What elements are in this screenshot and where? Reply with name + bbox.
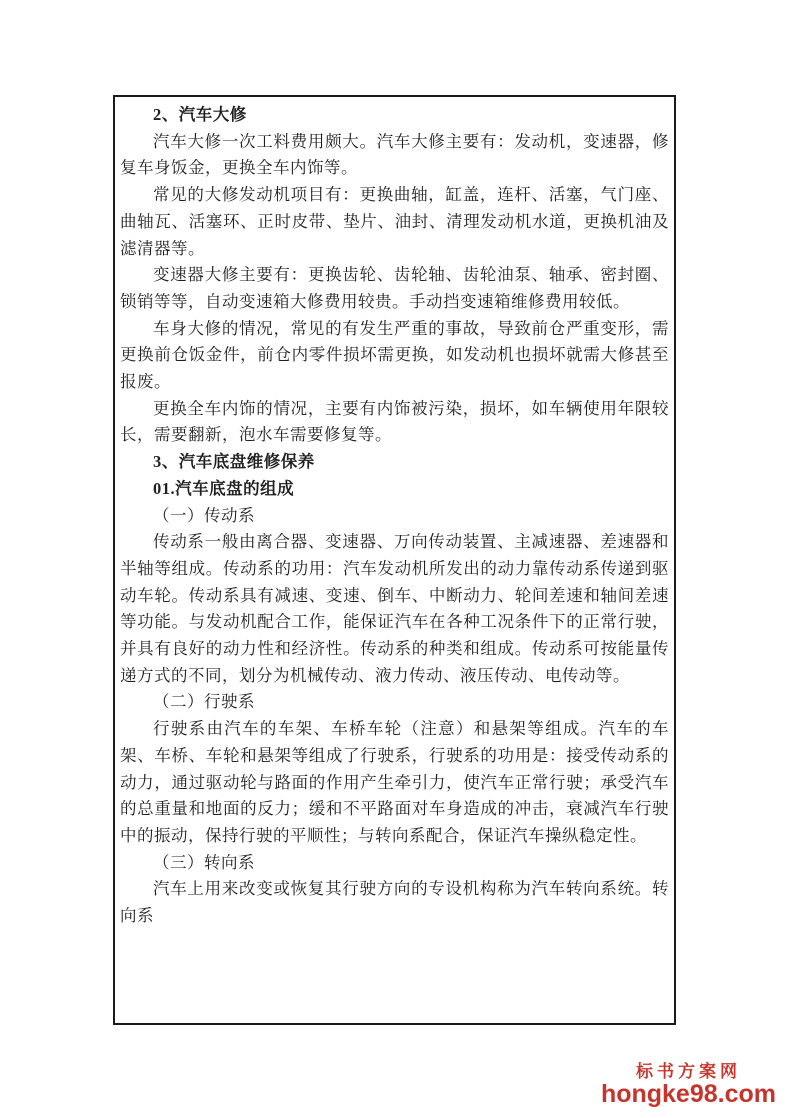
subheading-running-system: （二）行驶系 xyxy=(120,689,669,716)
paragraph-running-system: 行驶系由汽车的车架、车桥车轮（注意）和悬架等组成。汽车的车架、车桥、车轮和悬架等… xyxy=(120,716,669,850)
paragraph-overhaul-intro: 汽车大修一次工料费用颇大。汽车大修主要有：发动机，变速器，修复车身饭金，更换全车… xyxy=(120,129,669,182)
subheading-steering-system: （三）转向系 xyxy=(120,850,669,877)
section-heading-chassis-maintenance: 3、汽车底盘维修保养 xyxy=(120,449,669,476)
watermark-site-url: hongke98.com xyxy=(601,1082,776,1107)
paragraph-body-overhaul: 车身大修的情况，常见的有发生严重的事故，导致前仓严重变形，需更换前仓饭金件，前仓… xyxy=(120,316,669,396)
paragraph-drivetrain: 传动系一般由离合器、变速器、万向传动装置、主减速器、差速器和半轴等组成。传动系的… xyxy=(120,529,669,689)
paragraph-transmission-overhaul: 变速器大修主要有：更换齿轮、齿轮轴、齿轮油泵、轴承、密封圈、锁销等等，自动变速箱… xyxy=(120,262,669,315)
document-page: 2、汽车大修 汽车大修一次工料费用颇大。汽车大修主要有：发动机，变速器，修复车身… xyxy=(0,0,789,1118)
section-heading-car-overhaul: 2、汽车大修 xyxy=(120,102,669,129)
paragraph-interior-replacement: 更换全车内饰的情况，主要有内饰被污染，损坏，如车辆使用年限较长，需要翻新，泡水车… xyxy=(120,396,669,449)
document-text-frame: 2、汽车大修 汽车大修一次工料费用颇大。汽车大修主要有：发动机，变速器，修复车身… xyxy=(113,95,676,1025)
watermark-site-name: 标书方案网 xyxy=(601,1063,776,1080)
section-heading-chassis-composition: 01.汽车底盘的组成 xyxy=(120,476,669,503)
site-watermark-logo: 标书方案网 hongke98.com xyxy=(601,1063,776,1107)
subheading-drivetrain: （一）传动系 xyxy=(120,503,669,530)
paragraph-engine-overhaul-items: 常见的大修发动机项目有：更换曲轴，缸盖，连杆、活塞，气门座、曲轴瓦、活塞环、正时… xyxy=(120,182,669,262)
paragraph-steering-system: 汽车上用来改变或恢复其行驶方向的专设机构称为汽车转向系统。转向系 xyxy=(120,876,669,929)
